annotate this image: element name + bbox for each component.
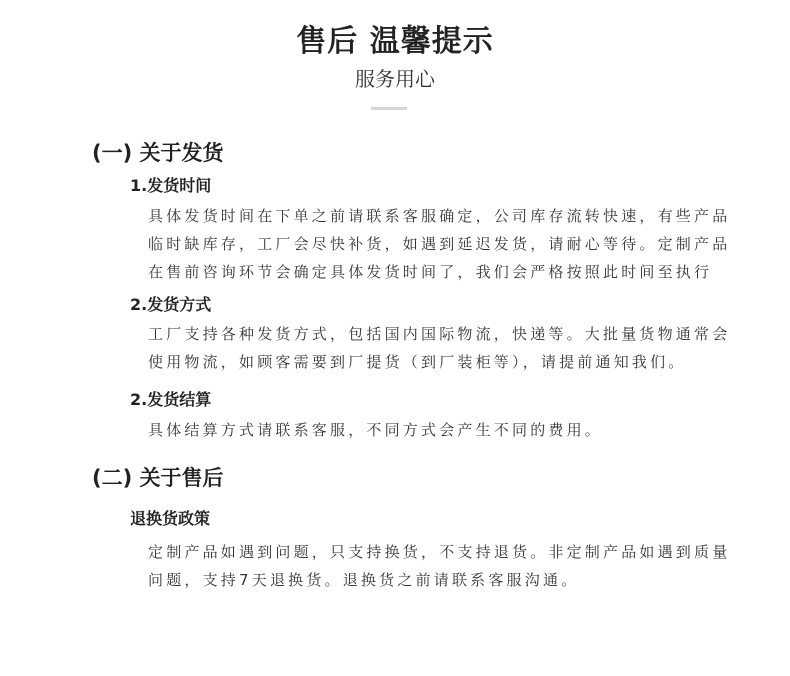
text-line: 具体结算方式请联系客服，不同方式会产生不同的费用。	[148, 416, 708, 444]
title-divider	[371, 107, 407, 110]
section-heading-shipping: (一) 关于发货	[92, 139, 224, 167]
sub-heading-return-policy: 退换货政策	[130, 508, 210, 530]
text-line: 使用物流，如顾客需要到厂提货（到厂装柜等），请提前通知我们。	[148, 348, 708, 376]
paragraph-return-policy: 定制产品如遇到问题，只支持换货，不支持退货。非定制产品如遇到质量 问题，支持7天…	[148, 538, 708, 594]
page-title: 售后 温馨提示	[0, 23, 790, 61]
text-line: 问题，支持7天退换货。退换货之前请联系客服沟通。	[148, 566, 708, 594]
sub-heading-shipping-method: 2.发货方式	[130, 294, 211, 316]
paragraph-shipping-time: 具体发货时间在下单之前请联系客服确定，公司库存流转快速，有些产品 临时缺库存，工…	[148, 202, 708, 286]
sub-heading-shipping-settlement: 2.发货结算	[130, 389, 211, 411]
page-subtitle: 服务用心	[0, 66, 790, 92]
text-line: 具体发货时间在下单之前请联系客服确定，公司库存流转快速，有些产品	[148, 202, 708, 230]
text-line: 工厂支持各种发货方式，包括国内国际物流，快递等。大批量货物通常会	[148, 320, 708, 348]
paragraph-shipping-method: 工厂支持各种发货方式，包括国内国际物流，快递等。大批量货物通常会 使用物流，如顾…	[148, 320, 708, 376]
section-heading-after-sales: (二) 关于售后	[92, 464, 224, 492]
paragraph-shipping-settlement: 具体结算方式请联系客服，不同方式会产生不同的费用。	[148, 416, 708, 444]
text-line: 临时缺库存，工厂会尽快补货，如遇到延迟发货，请耐心等待。定制产品	[148, 230, 708, 258]
sub-heading-shipping-time: 1.发货时间	[130, 175, 211, 197]
text-line: 定制产品如遇到问题，只支持换货，不支持退货。非定制产品如遇到质量	[148, 538, 708, 566]
text-line: 在售前咨询环节会确定具体发货时间了，我们会严格按照此时间至执行	[148, 258, 708, 286]
